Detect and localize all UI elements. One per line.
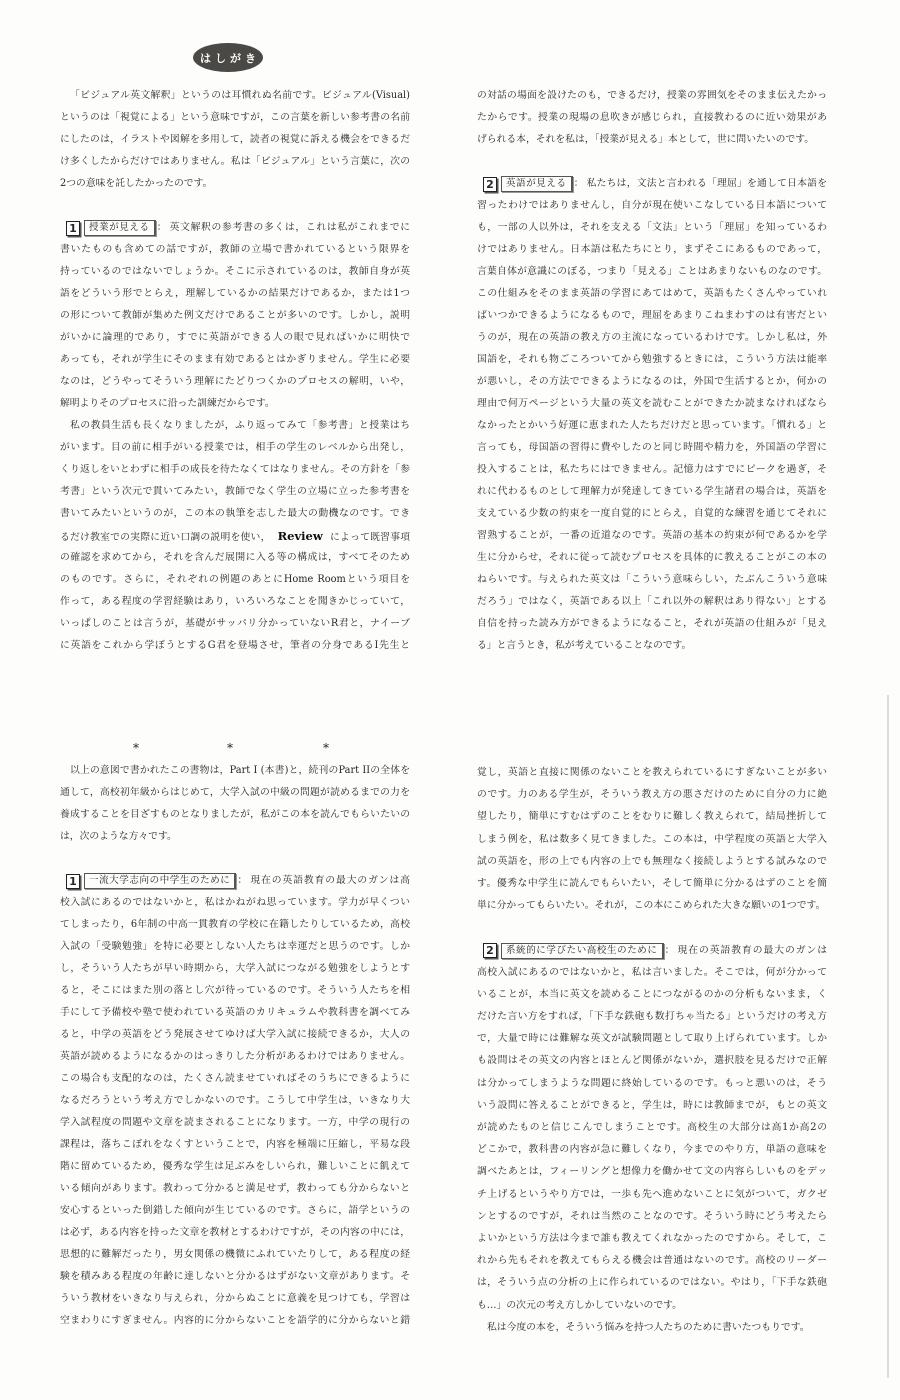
text-line: 考書」という次元で貫いてみたい，教師でなく学生の立場に立った参考書を	[60, 481, 410, 503]
text-line: 養成することを目ざすものとなりましたが，私がこの本を読んでもらいたいの	[60, 804, 410, 826]
section-colon: ：	[573, 173, 585, 195]
section-heading-junior-high: 1 一流大学志向の中学生のために ： 現在の英語教育の最大のガンは高	[60, 870, 410, 892]
text-line: 書いたものも含めての話ですが，教師の立場で書かれているという限界を	[60, 239, 410, 261]
text-line: 校入試にあるのではないかと，私はかねがね思っています。学力が早くつい	[60, 892, 410, 914]
text-line: 高校入試にあるのではないかと，私は言いました。そこでは，何が分かって	[477, 962, 827, 984]
text-line: が悪いし，その方法でできるようになるのは，外国で生活するとか，何かの	[477, 371, 827, 393]
section-label: 一流大学志向の中学生のために	[84, 873, 236, 889]
text-line: いる傾向があります。教わって分かると満足せず，教わっても分からないと	[60, 1178, 410, 1200]
section-label: 授業が見える	[84, 220, 156, 236]
text-line: あっても，それが学生にそのまま有効であるとはかぎりません。学生に必要	[60, 349, 410, 371]
text-line: 言っても，母国語の習得に費やしたのと同じ時間や精力を，外国語の学習に	[477, 437, 827, 459]
text-line: いることが，本当に英文を読めることにつながるのかの分析もないまま，く	[477, 984, 827, 1006]
text-line: 試の英語を，形の上でも内容の上でも無理なく接続しようとする試みなので	[477, 851, 827, 873]
text-line: 習ったわけではありませんし，自分が現在使いこなしている日本語について	[477, 195, 827, 217]
text-line: この場合も支配的なのは，たくさん読ませていればそのうちにできるように	[60, 1068, 410, 1090]
text-line: 以上の意図で書かれたこの書物は，Part I (本書)と，続刊のPart IIの…	[60, 760, 410, 782]
section-colon: ：	[236, 870, 248, 892]
text-line: どこかで，教科書の内容が急に難しくなり，今までのやり方，単語の意味を	[477, 1139, 827, 1161]
text-line: 語をどういう形でとらえ，理解しているかの結果だけであるか，または1つ	[60, 283, 410, 305]
text-line: にしたのは，イラストや図解を多用して，読者の視覚に訴える機会をできるだ	[60, 129, 410, 151]
page-bottom-right: 覚し，英語と直接に関係のないことを教えられているにすぎないことが多い のです。力…	[477, 762, 827, 1339]
review-keyword: Review	[278, 529, 323, 543]
text-line: ういう教材をいきなり与えられ，分からぬことに意義を見つけても，学習は	[60, 1288, 410, 1310]
text-line: に英語をこれから学ぼうとするG君を登場させ，筆者の分身であるI先生と	[60, 635, 410, 657]
text-line: がいます。目の前に相手がいる授業では，相手の学生のレベルから出発し，	[60, 437, 410, 459]
section-label: 英語が見える	[501, 176, 573, 192]
text-line: も，一部の人以外は，それを支える「文法」という「理屈」を知っているわ	[477, 217, 827, 239]
text-line: 入試の「受験勉強」を特に必要としない人たちは幸運だと思うのです。しか	[60, 936, 410, 958]
text-line: 「ビジュアル英文解釈」というのは耳慣れぬ名前です。ビジュアル(Visual)	[60, 85, 410, 107]
text-line: 単に分かってもらいたい。それが，この本にこめられた大きな願いの1つです。	[477, 895, 827, 917]
text-line: うのが，現在の英語の教え方の主流になっているわけです。しかし私は，外	[477, 327, 827, 349]
text-line: ばいつかできるようになるもので，理屈をあまりこねまわすのは有害だとい	[477, 305, 827, 327]
text-line: だけた言い方をすれば，「下手な鉄砲も数打ちゃ当たる」というだけの考え方	[477, 1006, 827, 1028]
text-line: ンとするのですが，それは当然のことなのです。そういう時にどう考えたら	[477, 1206, 827, 1228]
page-top-right: の対話の場面を設けたのも，できるだけ，授業の雰囲気をそのまま伝えたかっ たからで…	[477, 85, 827, 657]
text-line: も設問はその英文の内容とほとんど関係がないか，選択肢を見るだけで正解	[477, 1050, 827, 1072]
section-colon: ：	[156, 217, 168, 239]
text-line: この仕組みをそのまま英語の学習にあてはめて，英語もたくさんやっていれ	[477, 283, 827, 305]
text-line: 理由で何万ページという大量の英文を読むことができたか読まなければなら	[477, 393, 827, 415]
text-line: 支えている少数の約束を一度自覚的にとらえ，自覚的な練習を通じてそれに	[477, 503, 827, 525]
text-line: 作って，ある程度の学習経験はあり，いろいろなことを聞きかじっていて，	[60, 591, 410, 613]
text-line: というのは「視覚による」という意味ですが，この言葉を新しい参考書の名前	[60, 107, 410, 129]
text-line: 現在の英語教育の最大のガンは	[676, 940, 827, 962]
text-line: よいかという方法は今まで誰も教えてくれなかったのですから。そして，こ	[477, 1228, 827, 1250]
text-line: のです。力のある学生が，そういう教え方の悪さだけのために自分の力に絶	[477, 784, 827, 806]
text-line: 言葉自体が意識にのぼる，つまり「見える」ことはあまりないものなのです。	[477, 261, 827, 283]
text-segment: によって既習事項	[330, 532, 410, 543]
text-line: なるだろうという考え方でしかないのです。こうして中学生は，いきなり大	[60, 1090, 410, 1112]
text-line: 自信を持った読み方ができるようになること，それが英語の仕組みが「見え	[477, 613, 827, 635]
text-line: 覚し，英語と直接に関係のないことを教えられているにすぎないことが多い	[477, 762, 827, 784]
text-line: ると，そこにはまた別の落とし穴が待っているのです。そういう人たちを相	[60, 980, 410, 1002]
text-line: 英語が読めるようになるかのはっきりした分析があるわけではありません。	[60, 1046, 410, 1068]
text-line: ねらいです。与えられた英文は「こういう意味らしい，たぶんこういう意味	[477, 569, 827, 591]
text-line: なのは，どうやってそういう理解にたどりつくかのプロセスの解明，いや，	[60, 371, 410, 393]
text-line: れから先もそれを教えてもらえる機会は普通はないのです。高校のリーダー	[477, 1250, 827, 1272]
text-line: の確認を求めてから，それを含んだ展開に入る等の構成は，すべてそのため	[60, 547, 410, 569]
spacer	[60, 848, 410, 870]
page-top-left: 「ビジュアル英文解釈」というのは耳慣れぬ名前です。ビジュアル(Visual) と…	[60, 85, 410, 657]
text-line: 書いてみたいというのが，この本の執筆を志した最大の動機なのです。でき	[60, 503, 410, 525]
text-line: 解明よりそのプロセスに沿った訓練だからです。	[60, 393, 410, 415]
text-line: たからです。授業の現場の息吹きが感じられ，直接教わるのに近い効果があ	[477, 107, 827, 129]
asterisk: *	[227, 737, 233, 759]
text-line: は必ず，ある内容を持った文章を教材とするわけですが，その内容の中には，	[60, 1222, 410, 1244]
text-line: 習熟することが，一番の近道なのです。英語の基本の約束が何であるかを学	[477, 525, 827, 547]
text-line: 学入試程度の問題や文章を読まされることになります。一方，中学の現行の	[60, 1112, 410, 1134]
text-line: 課程は，落ちこぼれをなくすということで，内容を極端に圧縮し，平易な段	[60, 1134, 410, 1156]
text-line: げられる本，それを私は，「授業が見える」本として，世に問いたいのです。	[477, 129, 827, 151]
text-line: の対話の場面を設けたのも，できるだけ，授業の雰囲気をそのまま伝えたかっ	[477, 85, 827, 107]
text-line: 生に分からせ，それに従って読むプロセスを具体的に教えることがこの本の	[477, 547, 827, 569]
text-line: 持っているのではないでしょうか。そこに示されているのは，教師自身が英	[60, 261, 410, 283]
section-number-badge: 2	[483, 177, 497, 192]
text-line: しまう例を，私は数多く見てきました。この本は，中学程度の英語と大学入	[477, 829, 827, 851]
section-heading-high-school: 2 系統的に学びたい高校生のために ： 現在の英語教育の最大のガンは	[477, 940, 827, 962]
text-line: で，大量で時には難解な英文が試験問題として取り上げられています。しか	[477, 1028, 827, 1050]
text-line: 調べたあとは，フィーリングと想像力を働かせて文の内容らしいものをデッ	[477, 1161, 827, 1183]
section-label: 系統的に学びたい高校生のために	[501, 943, 664, 959]
text-line: 私の教員生活も長くなりましたが，ふり返ってみて「参考書」と授業はち	[60, 415, 410, 437]
preface-title-badge: はしがき	[193, 43, 263, 72]
text-line: 現在の英語教育の最大のガンは高	[248, 870, 410, 892]
section-number-badge: 1	[66, 874, 80, 889]
closing-line: 私は今度の本を，そういう悩みを持つ人たちのために書いたつもりです。	[477, 1317, 827, 1339]
asterisk: *	[133, 737, 139, 759]
section-separator: * * *	[0, 737, 450, 759]
text-line: け多くしたからだけではありません。私は「ビジュアル」という言葉に，次の	[60, 151, 410, 173]
text-line: す。優秀な中学生に読んでもらいたい，そして簡単に分かるはずのことを簡	[477, 873, 827, 895]
page-edge-line	[887, 695, 889, 1378]
text-line: 2つの意味を託したかったのです。	[60, 173, 410, 195]
text-line: がいかに論理的であり，すでに英語ができる人の眼で見ればいかに明快で	[60, 327, 410, 349]
text-line: 階に留めているため，優秀な学生は足ぶみをしいられ，難しいことに飢えて	[60, 1156, 410, 1178]
text-line: けではありません。日本語は私たちにとり，まずそこにあるものであって，	[477, 239, 827, 261]
text-line: 望したり，簡単にすむはずのことをむりに難しく教えられて，結局挫折して	[477, 806, 827, 828]
text-line: チ上げるというやり方では，一歩も先へ進めないことに気がついて，ガクゼ	[477, 1184, 827, 1206]
section-heading-2: 2 英語が見える ： 私たちは，文法と言われる「理屈」を通して日本語を	[477, 173, 827, 195]
spacer	[60, 195, 410, 217]
text-line: くり返しをいとわずに相手の成長を待たなくてはなりません。その方針を「参	[60, 459, 410, 481]
text-line: れに代わるものとして理解力が発達してきている学生諸君の場合は，英語を	[477, 481, 827, 503]
spacer	[477, 151, 827, 173]
text-line: の形について教師が集めた例文だけであることが多いのです。しかし，説明	[60, 305, 410, 327]
section-heading-1: 1 授業が見える ： 英文解釈の参考書の多くは，これは私がこれまでに	[60, 217, 410, 239]
text-line: 手にして予備校や塾で使われている英語のカリキュラムや教科書を調べてみ	[60, 1002, 410, 1024]
text-line: 安心するといった倒錯した傾向が生じているのです。さらに，語学というの	[60, 1200, 410, 1222]
text-line: 英文解釈の参考書の多くは，これは私がこれまでに	[168, 217, 410, 239]
section-number-badge: 1	[66, 221, 80, 236]
text-line: てしまったり，6年制の中高一貫教育の学校に在籍したりしているため，高校	[60, 914, 410, 936]
text-line: は分かってしまうような問題に終始しているのです。もっと悪いのは，そう	[477, 1073, 827, 1095]
text-line: なかったとかいう好運に恵まれた人たちだけだと思っています。「慣れる」と	[477, 415, 827, 437]
text-line: ると，中学の英語をどう発展させてゆけば大学入試に接続できるか，大人の	[60, 1024, 410, 1046]
text-line: だろう」ではなく，英語である以上「これ以外の解釈はあり得ない」とする	[477, 591, 827, 613]
text-line: いう設問に答えることができると，学生は，時には教師までが，もとの英文	[477, 1095, 827, 1117]
page-bottom-left: 以上の意図で書かれたこの書物は，Part I (本書)と，続刊のPart IIの…	[60, 760, 410, 1332]
asterisk: *	[323, 737, 329, 759]
section-number-badge: 2	[483, 943, 497, 958]
text-line: が読めたものと信じこんでしまうことです。高校生の大部分は高1か高2の	[477, 1117, 827, 1139]
text-line: 通して，高校初年級からはじめて，大学入試の中級の問題が読めるまでの力を	[60, 782, 410, 804]
text-line: いっぱしのことは言うが，基礎がサッパリ分かっていないR君と，ナイーブ	[60, 613, 410, 635]
text-line: し，そういう人たちが早い時期から，大学入試につながる勉強をしようとす	[60, 958, 410, 980]
text-line: 投入することは，私たちにはできません。記憶力はすでにピークを過ぎ，そ	[477, 459, 827, 481]
text-line: 国語を，それも物ごころついてから勉強するときには，こういう方法は能率	[477, 349, 827, 371]
text-line: は，次のような方々です。	[60, 826, 410, 848]
text-line-review: るだけ教室での実際に近い口調の説明を使い，Reviewによって既習事項	[60, 525, 410, 547]
spacer	[477, 917, 827, 939]
text-line: 思想的に難解だったり，男女関係の機微にふれていたりして，ある程度の経	[60, 1244, 410, 1266]
text-line: のものです。さらに，それぞれの例題のあとにHome Roomという項目を	[60, 569, 410, 591]
text-line: 空まわりにすぎません。内容的に分からないことを語学的に分からないと錯	[60, 1310, 410, 1332]
text-line: る」と言うとき，私が考えていることなのです。	[477, 635, 827, 657]
text-line: 私たちは，文法と言われる「理屈」を通して日本語を	[585, 173, 827, 195]
section-colon: ：	[664, 940, 676, 962]
text-line: 験を積みある程度の年齢に達しないと分かるはずがない文章があります。そ	[60, 1266, 410, 1288]
text-line: は，そういう点の分析の上に作られているのではない。やはり，「下手な鉄砲	[477, 1272, 827, 1294]
text-segment: るだけ教室での実際に近い口調の説明を使い，	[60, 532, 271, 543]
text-line: も…」の次元の考え方しかしていないのです。	[477, 1295, 827, 1317]
